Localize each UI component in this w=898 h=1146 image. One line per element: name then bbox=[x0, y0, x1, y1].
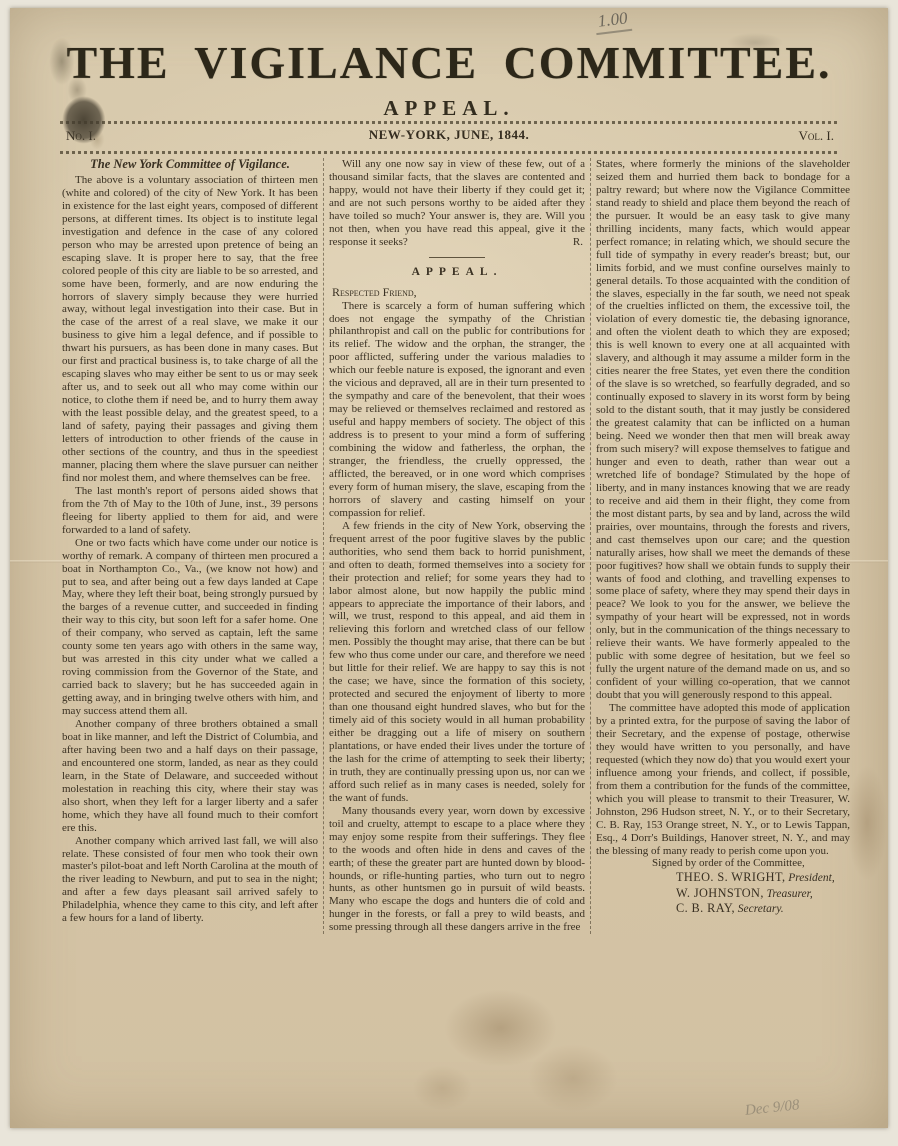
city-date: NEW-YORK, JUNE, 1844. bbox=[60, 127, 838, 143]
masthead-title: THE VIGILANCE COMMITTEE. bbox=[10, 36, 888, 89]
paragraph: There is scarcely a form of human suffer… bbox=[329, 300, 585, 520]
column-divider bbox=[590, 158, 591, 934]
paragraph: The above is a voluntary association of … bbox=[62, 174, 318, 485]
column-1: The New York Committee of Vigilance. The… bbox=[62, 158, 318, 934]
signature-name: THEO. S. WRIGHT, bbox=[676, 870, 785, 884]
signature-title: Treasurer, bbox=[767, 888, 813, 900]
paragraph: Another company which arrived last fall,… bbox=[62, 835, 318, 926]
salutation: Respected Friend, bbox=[329, 286, 585, 299]
article-columns: The New York Committee of Vigilance. The… bbox=[62, 158, 852, 934]
column-3: States, where formerly the minions of th… bbox=[596, 158, 850, 934]
paragraph: The committee have adopted this mode of … bbox=[596, 702, 850, 857]
signature-name: C. B. RAY, bbox=[676, 901, 735, 915]
handwritten-price-note: 1.00 bbox=[594, 8, 632, 35]
paragraph: States, where formerly the minions of th… bbox=[596, 158, 850, 702]
closing-line: Signed by order of the Committee, bbox=[596, 857, 850, 870]
signature-name: W. JOHNSTON, bbox=[676, 886, 764, 900]
section-divider bbox=[429, 257, 485, 258]
column-1-heading: The New York Committee of Vigilance. bbox=[62, 158, 318, 171]
broadside-page: THE VIGILANCE COMMITTEE. APPEAL. No. I. … bbox=[10, 8, 888, 1128]
column-divider bbox=[323, 158, 324, 934]
masthead-subtitle: APPEAL. bbox=[10, 96, 888, 121]
signature-secretary: C. B. RAY, Secretary. bbox=[596, 901, 850, 917]
column-2: Will any one now say in view of these fe… bbox=[329, 158, 585, 934]
author-initial: R. bbox=[573, 236, 583, 249]
signature-title: Secretary. bbox=[738, 903, 784, 915]
wavy-rule-bottom bbox=[60, 151, 838, 154]
paragraph: Another company of three brothers obtain… bbox=[62, 718, 318, 835]
paragraph: One or two facts which have come under o… bbox=[62, 537, 318, 718]
wavy-rule-top bbox=[60, 121, 838, 124]
signature-president: THEO. S. WRIGHT, President, bbox=[596, 870, 850, 886]
paragraph: Will any one now say in view of these fe… bbox=[329, 158, 585, 249]
paragraph: A few friends in the city of New York, o… bbox=[329, 520, 585, 805]
signature-treasurer: W. JOHNSTON, Treasurer, bbox=[596, 886, 850, 902]
signature-title: President, bbox=[788, 872, 835, 884]
volume-number: Vol. I. bbox=[799, 128, 834, 144]
paragraph: The last month's report of persons aided… bbox=[62, 485, 318, 537]
dateline: No. I. NEW-YORK, JUNE, 1844. Vol. I. bbox=[60, 126, 838, 148]
appeal-heading: APPEAL. bbox=[329, 266, 585, 279]
water-stain bbox=[370, 948, 660, 1146]
paragraph: Many thousands every year, worn down by … bbox=[329, 805, 585, 935]
handwritten-pencil-note: Dec 9/08 bbox=[744, 1097, 800, 1120]
